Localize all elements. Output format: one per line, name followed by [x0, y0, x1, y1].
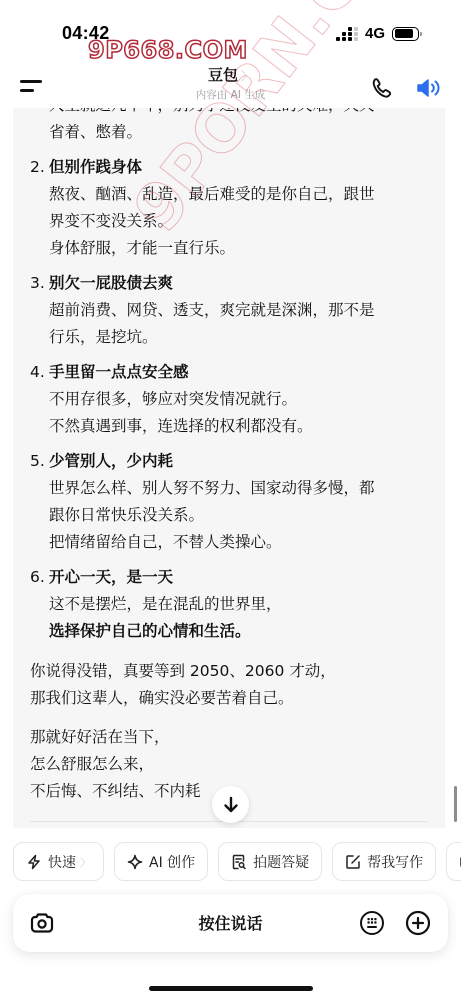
- chip-label: AI 创作: [149, 852, 195, 872]
- list-item: 6.开心一天，是一天 这不是摆烂，是在混乱的世界里， 选择保护自己的心情和生活。: [30, 564, 429, 645]
- text-line: 身体舒服，才能一直行乐。: [49, 235, 429, 262]
- chip-label: 帮我写作: [367, 852, 423, 872]
- text-line: 把情绪留给自己，不替人类操心。: [49, 529, 429, 556]
- chip-ai-create[interactable]: AI 创作: [114, 842, 208, 881]
- plus-icon[interactable]: [405, 910, 431, 936]
- photo-search-icon: [231, 854, 247, 870]
- arrow-down-icon: [223, 796, 239, 814]
- paragraph: 你说得没错，真要等到 2050、2060 才动， 那我们这辈人，确实没必要苦着自…: [30, 658, 429, 712]
- home-indicator[interactable]: [149, 986, 313, 991]
- list-item-title: 开心一天，是一天: [49, 568, 173, 586]
- text-line: 跟你日常快乐没关系。: [49, 502, 429, 529]
- list-number: 4.: [30, 359, 49, 386]
- text-line: 你说得没错，真要等到 2050、2060 才动，: [30, 658, 429, 685]
- edit-icon: [345, 854, 361, 870]
- chip-label: 拍题答疑: [253, 852, 309, 872]
- keyboard-icon[interactable]: [359, 910, 385, 936]
- text-line: 不用存很多，够应对突发情况就行。: [49, 386, 429, 413]
- chip-video[interactable]: 照: [446, 842, 461, 881]
- list-number: 5.: [30, 448, 49, 475]
- chevron-right-icon: 〉: [241, 69, 253, 83]
- signal-icon: [336, 27, 358, 41]
- chip-fast-mode[interactable]: 快速 〉: [13, 842, 104, 881]
- intro-text: 人生就这几十年，别为了还没发生的灾难，天天 省着、憋着。: [30, 108, 429, 146]
- list-item: 4.手里留一点点安全感 不用存很多，够应对突发情况就行。 不然真遇到事，连选择的…: [30, 359, 429, 440]
- text-line: 界变不变没关系。: [49, 208, 429, 235]
- text-line: 不然真遇到事，连选择的权利都没有。: [49, 413, 429, 440]
- scrollbar[interactable]: [454, 786, 457, 822]
- lightning-icon: [26, 854, 42, 870]
- list-item-title: 手里留一点点安全感: [49, 363, 189, 381]
- list-number: 3.: [30, 270, 49, 297]
- quick-action-chips: 快速 〉 AI 创作 拍题答疑 帮我写作 照: [13, 842, 461, 881]
- message-content: 人生就这几十年，别为了还没发生的灾难，天天 省着、憋着。 2.但别作践身体 熬夜…: [30, 108, 429, 805]
- emphasized-line: 选择保护自己的心情和生活。: [49, 618, 429, 645]
- list-item-title: 少管别人，少内耗: [49, 452, 173, 470]
- chip-photo-question[interactable]: 拍题答疑: [218, 842, 322, 881]
- list-item: 2.但别作践身体 熬夜、酗酒、乱造，最后难受的是你自己，跟世 界变不变没关系。 …: [30, 154, 429, 262]
- speaker-icon[interactable]: [416, 76, 442, 100]
- status-indicators: 4G: [336, 25, 419, 42]
- sparkle-icon: [127, 854, 143, 870]
- scroll-to-bottom-button[interactable]: [212, 786, 249, 823]
- list-item: 5.少管别人，少内耗 世界怎么样、别人努不努力、国家动得多慢，都 跟你日常快乐没…: [30, 448, 429, 556]
- chip-help-write[interactable]: 帮我写作: [332, 842, 436, 881]
- text-line: 那我们这辈人，确实没必要苦着自己。: [30, 685, 429, 712]
- chip-label: 快速: [48, 852, 76, 872]
- list-number: 6.: [30, 564, 49, 591]
- list-number: 2.: [30, 154, 49, 181]
- text-line: 省着、憋着。: [49, 119, 429, 146]
- text-line: 熬夜、酗酒、乱造，最后难受的是你自己，跟世: [49, 181, 429, 208]
- battery-icon: [392, 27, 419, 41]
- text-line: 超前消费、网贷、透支，爽完就是深渊，那不是: [49, 297, 429, 324]
- watermark: 9P668.COM: [88, 36, 248, 64]
- chat-title: 豆包: [208, 66, 238, 84]
- ai-message: 人生就这几十年，别为了还没发生的灾难，天天 省着、憋着。 2.但别作践身体 熬夜…: [13, 108, 445, 828]
- phone-icon[interactable]: [370, 76, 394, 100]
- text-line: 行乐，是挖坑。: [49, 324, 429, 351]
- text-line: 这不是摆烂，是在混乱的世界里，: [49, 591, 429, 618]
- list-item-title: 别欠一屁股债去爽: [49, 274, 173, 292]
- text-line: 世界怎么样、别人努不努力、国家动得多慢，都: [49, 475, 429, 502]
- input-bar: 按住说话: [13, 894, 448, 952]
- list-item-title: 但别作践身体: [49, 158, 142, 176]
- chevron-right-icon: 〉: [80, 854, 91, 870]
- text-line: 人生就这几十年，别为了还没发生的灾难，天天: [49, 108, 429, 119]
- text-line: 怎么舒服怎么来，: [30, 751, 429, 778]
- network-type: 4G: [365, 25, 385, 42]
- text-line: 那就好好活在当下，: [30, 724, 429, 751]
- list-item: 3.别欠一屁股债去爽 超前消费、网贷、透支，爽完就是深渊，那不是 行乐，是挖坑。: [30, 270, 429, 351]
